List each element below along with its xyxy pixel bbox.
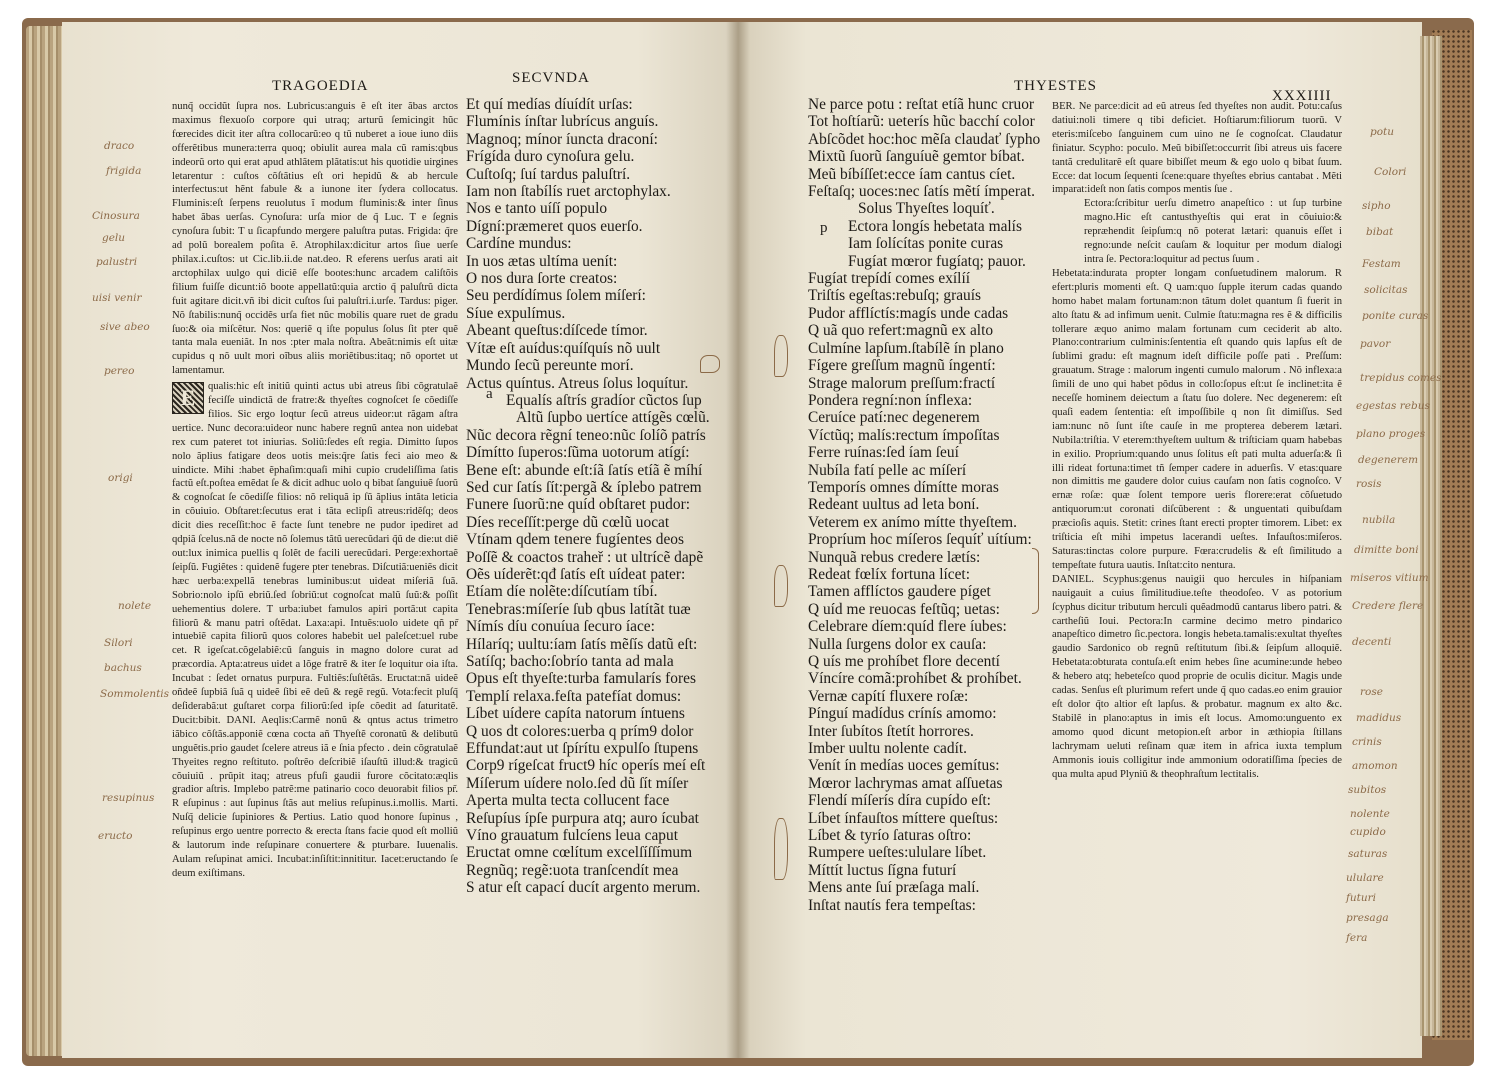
verse-line: Regnũq; regẽ:uota tranſcendít mea <box>466 862 710 879</box>
verse-line: Líbet uídere capíta natorum íntuens <box>466 705 710 722</box>
marginal-note: solicitas <box>1364 284 1408 296</box>
verse-line: In uos ætas ultíma uenít: <box>466 253 710 270</box>
marginal-note: pavor <box>1360 338 1390 350</box>
marginal-note: potu <box>1370 126 1394 138</box>
verse-line: Q uã quo refert:magnũ ex alto <box>808 322 1040 339</box>
left-commentary-top: nunq̃ occidũt ſupra nos. Lubricus:anguis… <box>172 100 458 378</box>
marginal-bracket <box>1032 548 1039 614</box>
verse-line: Corp9 rígeſcat fruct9 híc operís meí eſt <box>466 757 710 774</box>
verse-line: Eructat omne cœlítum excelſíſſímum <box>466 844 710 861</box>
verse-line: Feſtaſq; uoces:nec ſatís mẽtí ímperat. <box>808 183 1040 200</box>
verse-line: Bene eſt: abunde eſt:íã ſatís etíã ẽ míh… <box>466 462 710 479</box>
verse-line: Inter ſubítos ſtetít horrores. <box>808 723 1040 740</box>
decorated-initial: E <box>172 382 204 414</box>
verse-line: Líbet & tyrío ſaturas oſtro: <box>808 827 1040 844</box>
marginal-note: saturas <box>1348 848 1387 860</box>
verse-line: Frígída duro cynoſura gelu. <box>466 148 710 165</box>
verse-line: Míſerum uídere nolo.ſed dũ ſít míſer <box>466 775 710 792</box>
verse-line: Fígere greſſum magnũ íngentí: <box>808 357 1040 374</box>
verse-line: Culmíne lapſum.ſtabílẽ ín plano <box>808 340 1040 357</box>
verse-line: Díes receſſít:perge dũ cœlũ uocat <box>466 514 710 531</box>
verse-line: Poſſẽ & coactos traheř : ut ultrícẽ dapẽ <box>466 549 710 566</box>
verse-line: Vernæ capítí fluxere roſæ: <box>808 688 1040 705</box>
verse-line: Víctũq; malís:rectum ímpoſítas <box>808 427 1040 444</box>
verse-line: Hílaríq; uultu:íam ſatís mẽſís datũ eſt: <box>466 636 710 653</box>
verse-line: Propríum hoc míſeros ſequíť uítíum: <box>808 531 1040 548</box>
verse-line: Ectora longís hebetata malís <box>808 218 1040 235</box>
marginal-note: amomon <box>1352 760 1398 772</box>
marginal-note: rose <box>1360 686 1383 698</box>
verse-line: Veterem ex anímo mítte thyeſtem. <box>808 514 1040 531</box>
verse-line: Dígní:præmeret quos euerſo. <box>466 218 710 235</box>
marginal-note: dimitte boni <box>1354 544 1419 556</box>
marginal-note: nolente <box>1350 808 1390 820</box>
verse-line: Pínguí madídus crínís amomo: <box>808 705 1040 722</box>
verse-line: Meũ bíbíſſet:ecce íam cantus cíet. <box>808 166 1040 183</box>
marginal-note: subitos <box>1348 784 1386 796</box>
verse-line: Actus quíntus. Atreus ſolus loquítur. <box>466 375 710 392</box>
manicule-icon <box>774 565 788 607</box>
verse-line: Aperta multa tecta collucent face <box>466 792 710 809</box>
marginal-note: resupinus <box>102 792 154 804</box>
right-commentary: BER. Ne parce:dicit ad eũ atreus ſed thy… <box>1052 100 1342 781</box>
verse-line: Iam ſolícítas ponite curas <box>808 235 1040 252</box>
verse-line: Templí relaxa.feſta patefíat domus: <box>466 688 710 705</box>
verse-line: Iam non ſtabílís ruet arctophylax. <box>466 183 710 200</box>
verse-line: Líbet ínfauſtos míttere queſtus: <box>808 810 1040 827</box>
right-commentary-top: BER. Ne parce:dicit ad eũ atreus ſed thy… <box>1052 100 1342 197</box>
verse-line: Vtínam qdem tenere fugíentes deos <box>466 531 710 548</box>
verse-line: Celebrare díem:quíd flere íubes: <box>808 618 1040 635</box>
verse-line: Magnoq; mínor íuncta draconí: <box>466 131 710 148</box>
marginal-note: egestas rebus <box>1356 400 1430 412</box>
marginal-note: Credere flere <box>1352 600 1423 612</box>
verse-line: Abeant queſtus:díſcede tímor. <box>466 322 710 339</box>
verse-line: Q uíd me reuocas feſtũq; uetas: <box>808 601 1040 618</box>
verse-line: Temporís omnes dímítte moras <box>808 479 1040 496</box>
verse-line: Etíam díe nolẽte:díſcutíam tíbí. <box>466 583 710 600</box>
verse-line: Síue expulímus. <box>466 305 710 322</box>
marginal-note: gelu <box>102 232 125 244</box>
gutter <box>726 22 750 1058</box>
verse-line: Mundo ſecũ pereunte morí. <box>466 357 710 374</box>
verse-line: Mens ante ſuí præſaga malí. <box>808 879 1040 896</box>
verse-line: Inſtat nautís fera tempeſtas: <box>808 897 1040 914</box>
verse-line: Nunquã rebus credere lætís: <box>808 549 1040 566</box>
verse-line: Opus eſt thyeſte:turba famularís fores <box>466 670 710 687</box>
marginal-note: sive abeo <box>100 321 150 333</box>
marginal-note: Sommolentis <box>100 688 169 700</box>
speaker-mark-p: p <box>820 220 828 237</box>
verse-line: Et quí medías díuídít urſas: <box>466 96 710 113</box>
verse-line: Oẽs uíderẽt:qđ ſatís eſt uídeat pater: <box>466 566 710 583</box>
marginal-note: madidus <box>1356 712 1401 724</box>
verse-line: Pudor afflíctís:magís unde cadas <box>808 305 1040 322</box>
verse-line: Nũc decora rẽgní teneo:nũc ſolíõ patrís <box>466 427 710 444</box>
marginal-note: palustri <box>96 256 137 268</box>
speaker-mark-a: a <box>486 386 493 403</box>
verse-line: Fugíat trepídí comes exílíí <box>808 270 1040 287</box>
verse-line: Sed cur ſatís ſít:pergã & íplebo patrem <box>466 479 710 496</box>
verse-line: Mixtũ ſuorũ ſanguíuẽ gemtor bíbat. <box>808 148 1040 165</box>
verse-line: Altũ ſupbo uertíce attígẽs cœlũ. <box>466 409 710 426</box>
marginal-note: cupido <box>1350 826 1386 838</box>
marginal-note: bibat <box>1366 226 1393 238</box>
verse-line: Cuſtoſq; ſuí tardus paluſtrí. <box>466 166 710 183</box>
marginal-note: ponite curas <box>1362 310 1428 322</box>
running-head-thyestes: THYESTES <box>1014 78 1097 95</box>
verse-line: Strage malorum preſſum:fractí <box>808 375 1040 392</box>
marginal-note: frigida <box>106 165 141 177</box>
right-commentary-daniel: DANIEL. Scyphus:genus nauigii quo hercul… <box>1052 573 1342 782</box>
manicule-icon <box>700 355 720 373</box>
verse-line: Nubíla fatí pelle ac míſerí <box>808 462 1040 479</box>
verse-line: O nos dura ſorte creatos: <box>466 270 710 287</box>
marginal-note: fera <box>1346 932 1367 944</box>
marginal-note: futuri <box>1346 892 1376 904</box>
verse-line: Funere ſuorũ:ne quíd obſtaret pudor: <box>466 496 710 513</box>
marginal-note: Colori <box>1374 166 1406 178</box>
right-commentary-mid: Ectora:ſcribitur uerſu dimetro anapeſtic… <box>1052 197 1342 267</box>
verse-line: Q uos dt colores:uerba q prím9 dolor <box>466 723 710 740</box>
marginal-note: decenti <box>1352 636 1391 648</box>
marginal-note: bachus <box>104 662 142 674</box>
marginal-note: presaga <box>1346 912 1389 924</box>
marginal-note: ululare <box>1346 872 1384 884</box>
verse-line: Míttít luctus ſígna futurí <box>808 862 1040 879</box>
marginal-note: Cinosura <box>92 210 140 222</box>
marginal-note: pereo <box>104 365 135 377</box>
running-head-left: TRAGOEDIA <box>272 78 369 95</box>
verse-line: Seu perdídímus ſolem míſerí: <box>466 287 710 304</box>
verse-line: Satíſq; bacho:ſobrío tanta ad mala <box>466 653 710 670</box>
marginal-note: Festam <box>1362 258 1401 270</box>
verse-line: Q uís me prohíbet flore decentí <box>808 653 1040 670</box>
verse-line: Ne parce potu : reſtat etíã hunc cruor <box>808 96 1040 113</box>
marginal-note: origi <box>108 472 133 484</box>
verse-line: Solus Thyeſtes loquíť. <box>808 200 1040 217</box>
verse-line: Venít ín medías uoces gemítus: <box>808 757 1040 774</box>
verse-line: Cardíne mundus: <box>466 235 710 252</box>
verse-line: Nos e tanto uíſí populo <box>466 200 710 217</box>
marginal-note: nubila <box>1362 514 1395 526</box>
verse-line: Reſupíus ípſe purpura atq; auro ícubat <box>466 810 710 827</box>
verse-line: Redeat fœlíx fortuna lícet: <box>808 566 1040 583</box>
marginal-note: eructo <box>98 830 132 842</box>
verse-line: Redeant uultus ad leta boní. <box>808 496 1040 513</box>
marginal-note: uisi venir <box>92 292 142 304</box>
verse-line: Nulla ſurgens dolor ex cauſa: <box>808 636 1040 653</box>
verse-line: Fugíat mœror fugíatq; pauor. <box>808 253 1040 270</box>
left-verse-column: Et quí medías díuídít urſas:Flumínis ínſ… <box>466 96 710 897</box>
verse-line: Flumínis ínſtar lubrícus anguís. <box>466 113 710 130</box>
marginal-note: sipho <box>1362 200 1391 212</box>
verse-line: Tenebras:míſeríe ſub qbus latítãt tuæ <box>466 601 710 618</box>
manicule-icon <box>774 818 788 880</box>
marginal-note: crinis <box>1352 736 1382 748</box>
marginal-note: plano proges <box>1356 428 1425 440</box>
verse-line: Ferre ruínas:ſed íam ſeuí <box>808 444 1040 461</box>
verse-line: Víno grauatum fulcíens leua caput <box>466 827 710 844</box>
marginal-note: rosis <box>1356 478 1381 490</box>
marginal-note: miseros vitium <box>1350 572 1429 584</box>
verse-line: Effundat:aut ut ſpírítu expulſo ſtupens <box>466 740 710 757</box>
right-verse-column: Ne parce potu : reſtat etíã hunc cruorTo… <box>808 96 1040 914</box>
left-commentary-bottom: qualis:hic eſt initiũ quinti actus ubi a… <box>172 381 458 879</box>
verse-line: Rumpere ueſtes:ululare líbet. <box>808 844 1040 861</box>
verse-line: Tamen afflíctos gaudere píget <box>808 583 1040 600</box>
marginal-note: draco <box>104 140 134 152</box>
marginal-note: degenerem <box>1358 454 1418 466</box>
marginal-note: nolete <box>118 600 151 612</box>
left-commentary-bottom-para: E qualis:hic eſt initiũ quinti actus ubi… <box>172 380 458 881</box>
marginal-note: Silori <box>104 637 133 649</box>
verse-line: Flendí míſerís díra cupído eſt: <box>808 792 1040 809</box>
manicule-icon <box>774 335 788 377</box>
verse-line: Triſtís egeſtas:rebuſq; grauís <box>808 287 1040 304</box>
verse-line: Abſcõdet hoc:hoc mẽſa claudať ſypho <box>808 131 1040 148</box>
verse-line: Dímítto ſuperos:ſũma uotorum atígí: <box>466 444 710 461</box>
verse-line: Equalís aſtrís gradíor cũctos ſup <box>466 392 710 409</box>
verse-line: Ceruíce patí:nec degenerem <box>808 409 1040 426</box>
right-page-edges <box>1420 36 1442 1036</box>
running-head-secunda: SECVNDA <box>512 70 590 87</box>
verse-line: Vítæ eſt auídus:quíſquís nõ uult <box>466 340 710 357</box>
right-commentary-bottom: Hebetata:indurata propter longam conſuet… <box>1052 267 1342 573</box>
verse-line: Imber uultu nolente cadít. <box>808 740 1040 757</box>
verse-line: Nímís díu conuíua ſecuro íace: <box>466 618 710 635</box>
verse-line: Mœror lachrymas amat aſſuetas <box>808 775 1040 792</box>
left-commentary: nunq̃ occidũt ſupra nos. Lubricus:anguis… <box>172 100 458 881</box>
verse-line: S atur eſt capací ducít argento merum. <box>466 879 710 896</box>
marginal-note: trepidus comes <box>1360 372 1442 384</box>
verse-line: Tot hoſtíarũ: ueterís hũc bacchí color <box>808 113 1040 130</box>
verse-line: Víncíre comã:prohíbet & prohíbet. <box>808 670 1040 687</box>
verse-line: Pondera regní:non ínflexa: <box>808 392 1040 409</box>
